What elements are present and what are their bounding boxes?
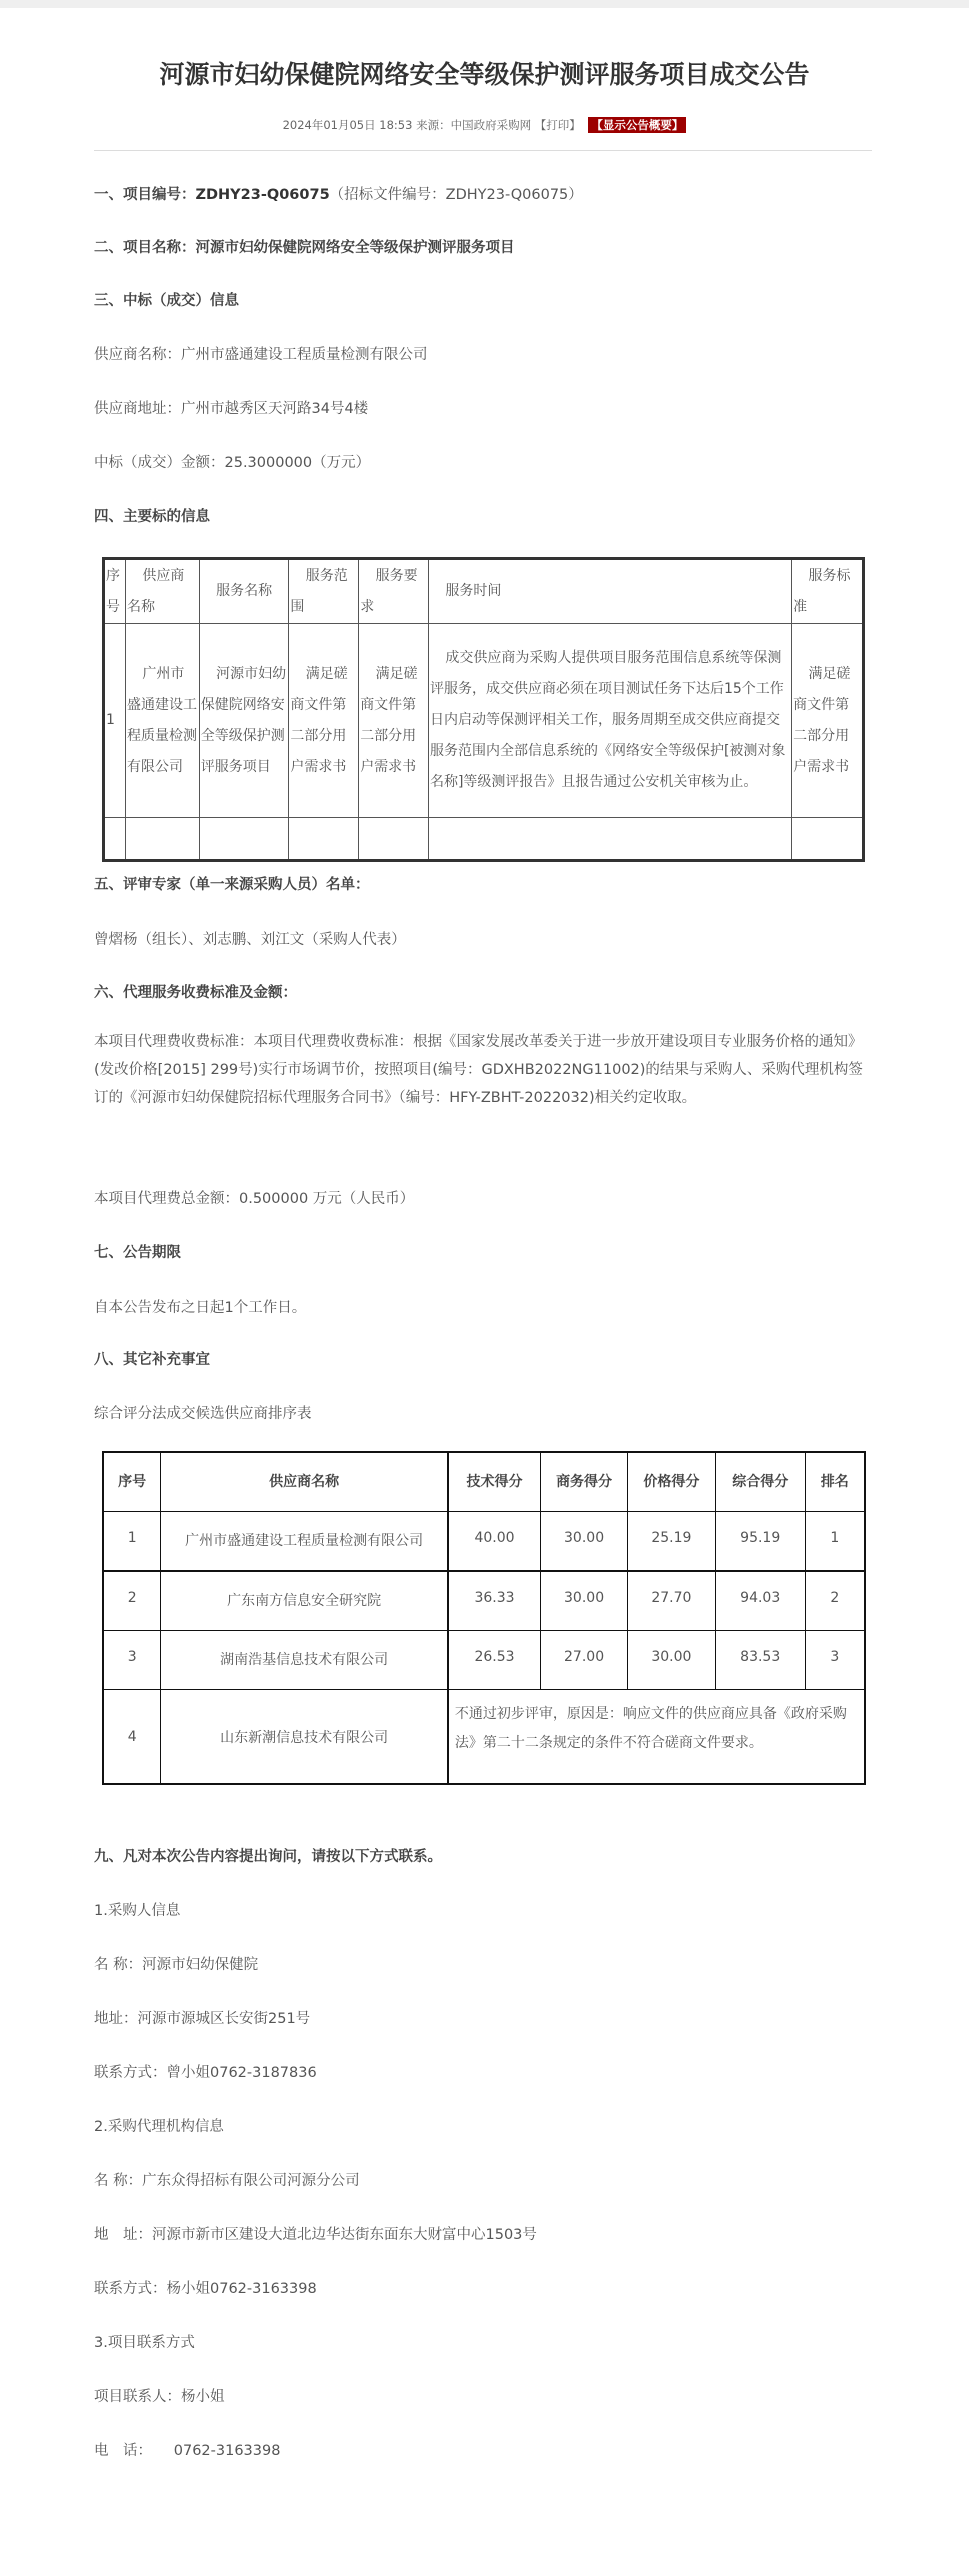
source-label: 来源： bbox=[416, 118, 451, 132]
section-label: 一、项目编号： bbox=[94, 187, 196, 203]
purchaser-address: 地址：河源市源城区长安街251号 bbox=[94, 2007, 310, 2028]
experts-list: 曾熠杨（组长）、刘志鹏、刘江文（采购人代表） bbox=[94, 928, 406, 949]
header-cell: 序号 bbox=[104, 559, 126, 624]
header-cell: 综合得分 bbox=[715, 1452, 805, 1512]
section-contact: 九、凡对本次公告内容提出询问，请按以下方式联系。 bbox=[94, 1845, 442, 1866]
cell-supplier: 广东南方信息安全研究院 bbox=[161, 1571, 448, 1631]
cell-biz: 27.00 bbox=[541, 1631, 628, 1690]
agency-address: 地 址：河源市新市区建设大道北边华达街东面东大财富中心1503号 bbox=[94, 2223, 537, 2244]
agency-heading: 2.采购代理机构信息 bbox=[94, 2115, 224, 2136]
cell-biz: 30.00 bbox=[541, 1571, 628, 1631]
cell-disqualification-note: 不通过初步评审，原因是：响应文件的供应商应具备《政府采购法》第二十二条规定的条件… bbox=[448, 1690, 865, 1785]
header-cell: 技术得分 bbox=[448, 1452, 541, 1512]
header-cell: 服务时间 bbox=[428, 559, 791, 624]
table-row: 1 广州市盛通建设工程质量检测有限公司 40.00 30.00 25.19 95… bbox=[103, 1512, 865, 1572]
cell-supplier: 湖南浩基信息技术有限公司 bbox=[161, 1631, 448, 1690]
project-contact-heading: 3.项目联系方式 bbox=[94, 2331, 195, 2352]
section-project-number: 一、项目编号：ZDHY23-Q06075（招标文件编号：ZDHY23-Q0607… bbox=[94, 183, 583, 204]
section-project-name: 二、项目名称：河源市妇幼保健院网络安全等级保护测评服务项目 bbox=[94, 236, 515, 257]
notice-period: 自本公告发布之日起1个工作日。 bbox=[94, 1296, 306, 1317]
source-name: 中国政府采购网 bbox=[451, 118, 532, 132]
cell-total: 83.53 bbox=[715, 1631, 805, 1690]
ranking-table: 序号 供应商名称 技术得分 商务得分 价格得分 综合得分 排名 1 广州市盛通建… bbox=[102, 1451, 866, 1785]
award-amount: 中标（成交）金额：25.3000000（万元） bbox=[94, 451, 370, 472]
tender-code: （招标文件编号：ZDHY23-Q06075） bbox=[330, 187, 583, 203]
cell-total: 95.19 bbox=[715, 1512, 805, 1572]
publish-date: 2024年01月05日 18:53 bbox=[283, 118, 413, 132]
agency-name: 名 称：广东众得招标有限公司河源分公司 bbox=[94, 2169, 360, 2190]
header-cell: 价格得分 bbox=[627, 1452, 715, 1512]
purchaser-contact: 联系方式：曾小姐0762-3187836 bbox=[94, 2061, 317, 2082]
cell-supplier: 山东新潮信息技术有限公司 bbox=[161, 1690, 448, 1785]
header-cell: 服务名称 bbox=[199, 559, 289, 624]
cell-scope: 满足磋商文件第二部分用户需求书 bbox=[289, 624, 359, 818]
main-items-table: 序号 供应商名称 服务名称 服务范围 服务要求 服务时间 服务标准 1 广州市盛… bbox=[102, 557, 865, 862]
table-row: 3 湖南浩基信息技术有限公司 26.53 27.00 30.00 83.53 3 bbox=[103, 1631, 865, 1690]
cell-rank: 3 bbox=[805, 1631, 865, 1690]
header-cell: 排名 bbox=[805, 1452, 865, 1512]
section-award-info: 三、中标（成交）信息 bbox=[94, 289, 239, 310]
cell-biz: 30.00 bbox=[541, 1512, 628, 1572]
header-cell: 序号 bbox=[103, 1452, 161, 1512]
table-row: 2 广东南方信息安全研究院 36.33 30.00 27.70 94.03 2 bbox=[103, 1571, 865, 1631]
header-divider bbox=[94, 150, 872, 151]
cell-price: 30.00 bbox=[627, 1631, 715, 1690]
header-cell: 供应商名称 bbox=[125, 559, 199, 624]
cell-price: 27.70 bbox=[627, 1571, 715, 1631]
header-cell: 服务要求 bbox=[359, 559, 429, 624]
purchaser-heading: 1.采购人信息 bbox=[94, 1899, 180, 1920]
cell-supplier: 广州市盛通建设工程质量检测有限公司 bbox=[125, 624, 199, 818]
page-title: 河源市妇幼保健院网络安全等级保护测评服务项目成交公告 bbox=[0, 55, 969, 91]
purchaser-name: 名 称：河源市妇幼保健院 bbox=[94, 1953, 258, 1974]
project-contact-phone: 电 话： 0762-3163398 bbox=[94, 2439, 280, 2460]
cell-tech: 36.33 bbox=[448, 1571, 541, 1631]
show-summary-button[interactable]: 【显示公告概要】 bbox=[588, 117, 686, 133]
cell-service-name: 河源市妇幼保健院网络安全等级保护测评服务项目 bbox=[199, 624, 289, 818]
ranking-caption: 综合评分法成交候选供应商排序表 bbox=[94, 1402, 312, 1423]
agency-contact: 联系方式：杨小姐0762-3163398 bbox=[94, 2277, 317, 2298]
table-header-row: 序号 供应商名称 服务名称 服务范围 服务要求 服务时间 服务标准 bbox=[104, 559, 864, 624]
cell-no: 1 bbox=[103, 1512, 161, 1572]
cell-no: 2 bbox=[103, 1571, 161, 1631]
meta-line: 2024年01月05日 18:53 来源：中国政府采购网 【打印】 【显示公告概… bbox=[0, 117, 969, 133]
section-agency-fee: 六、代理服务收费标准及金额： bbox=[94, 981, 297, 1002]
top-bar bbox=[0, 0, 969, 8]
table-header-row: 序号 供应商名称 技术得分 商务得分 价格得分 综合得分 排名 bbox=[103, 1452, 865, 1512]
supplier-name: 供应商名称：广州市盛通建设工程质量检测有限公司 bbox=[94, 343, 428, 364]
cell-tech: 40.00 bbox=[448, 1512, 541, 1572]
cell-tech: 26.53 bbox=[448, 1631, 541, 1690]
cell-supplier: 广州市盛通建设工程质量检测有限公司 bbox=[161, 1512, 448, 1572]
cell-price: 25.19 bbox=[627, 1512, 715, 1572]
header-cell: 服务标准 bbox=[792, 559, 864, 624]
header-cell: 商务得分 bbox=[541, 1452, 628, 1512]
project-code: ZDHY23-Q06075 bbox=[196, 187, 330, 203]
cell-no: 1 bbox=[104, 624, 126, 818]
print-link[interactable]: 【打印】 bbox=[535, 118, 581, 132]
fee-total: 本项目代理费总金额：0.500000 万元（人民币） bbox=[94, 1187, 414, 1208]
section-other: 八、其它补充事宜 bbox=[94, 1348, 210, 1369]
cell-requirement: 满足磋商文件第二部分用户需求书 bbox=[359, 624, 429, 818]
supplier-address: 供应商地址：广州市越秀区天河路34号4楼 bbox=[94, 397, 368, 418]
cell-standard: 满足磋商文件第二部分用户需求书 bbox=[792, 624, 864, 818]
table-row: 1 广州市盛通建设工程质量检测有限公司 河源市妇幼保健院网络安全等级保护测评服务… bbox=[104, 624, 864, 818]
cell-no: 4 bbox=[103, 1690, 161, 1785]
table-row: 4 山东新潮信息技术有限公司 不通过初步评审，原因是：响应文件的供应商应具备《政… bbox=[103, 1690, 865, 1785]
header-cell: 供应商名称 bbox=[161, 1452, 448, 1512]
cell-time: 成交供应商为采购人提供项目服务范围信息系统等保测评服务，成交供应商必须在项目测试… bbox=[428, 624, 791, 818]
cell-rank: 1 bbox=[805, 1512, 865, 1572]
cell-no: 3 bbox=[103, 1631, 161, 1690]
fee-standard: 本项目代理费收费标准：本项目代理费收费标准：根据《国家发展改革委关于进一步放开建… bbox=[94, 1028, 872, 1112]
section-notice-period: 七、公告期限 bbox=[94, 1241, 181, 1262]
cell-rank: 2 bbox=[805, 1571, 865, 1631]
section-main-items: 四、主要标的信息 bbox=[94, 505, 210, 526]
header-cell: 服务范围 bbox=[289, 559, 359, 624]
section-experts: 五、评审专家（单一来源采购人员）名单： bbox=[94, 873, 370, 894]
table-row-empty bbox=[104, 818, 864, 861]
project-contact-person: 项目联系人：杨小姐 bbox=[94, 2385, 225, 2406]
cell-total: 94.03 bbox=[715, 1571, 805, 1631]
